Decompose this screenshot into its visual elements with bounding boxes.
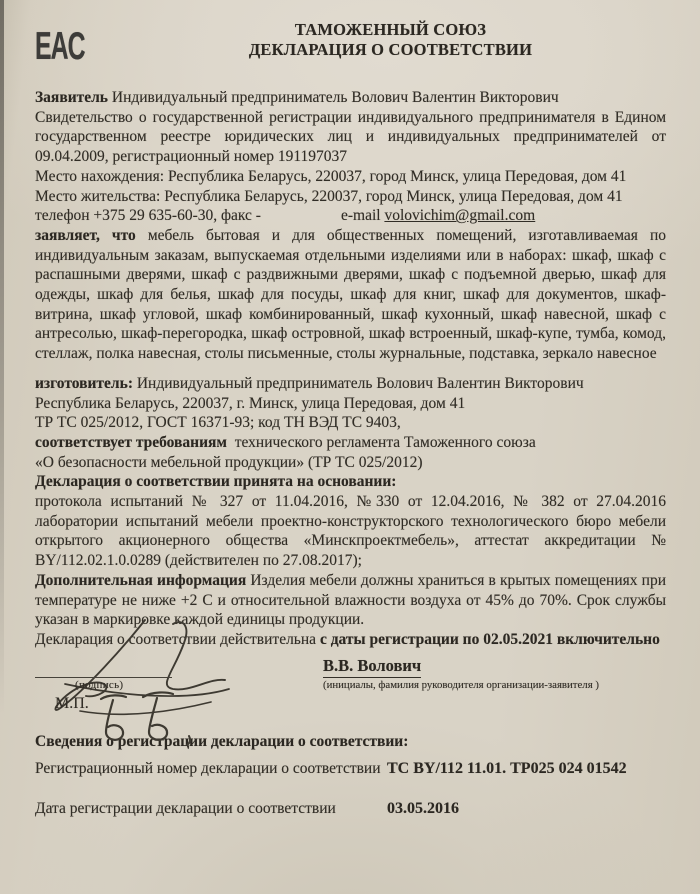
registration-date-value: 03.05.2016 bbox=[387, 799, 459, 819]
compliance-line: соответствует требованиям технического р… bbox=[35, 433, 666, 453]
stamp-place-label: М.П. bbox=[55, 695, 89, 713]
compliance-label: соответствует требованиям bbox=[35, 434, 227, 451]
applicant-line: Заявитель Индивидуальный предприниматель… bbox=[35, 88, 666, 108]
section-gap bbox=[35, 364, 666, 374]
document-title: ТАМОЖЕННЫЙ СОЮЗ ДЕКЛАРАЦИЯ О СООТВЕТСТВИ… bbox=[75, 20, 700, 60]
title-line-1: ТАМОЖЕННЫЙ СОЮЗ bbox=[75, 20, 700, 40]
manufacturer-address: Республика Беларусь, 220037, г. Минск, у… bbox=[35, 394, 666, 414]
applicant-location: Место нахождения: Республика Беларусь, 2… bbox=[35, 167, 666, 187]
applicant-residence: Место жительства: Республика Беларусь, 2… bbox=[35, 187, 666, 207]
registration-number-value: ТС BY/112 11.01. ТР025 024 01542 bbox=[387, 759, 627, 779]
declaration-products-text: мебель бытовая и для общественных помеще… bbox=[35, 227, 666, 362]
document-page: EAC ТАМОЖЕННЫЙ СОЮЗ ДЕКЛАРАЦИЯ О СООТВЕТ… bbox=[0, 0, 700, 894]
basis-paragraph: протокола испытаний № 327 от 11.04.2016,… bbox=[35, 492, 666, 571]
applicant-phone-fax: телефон +375 29 635-60-30, факс - bbox=[35, 207, 261, 224]
applicant-contacts: телефон +375 29 635-60-30, факс -e-mail … bbox=[35, 206, 666, 226]
declaration-paragraph: заявляет, что мебель бытовая и для общес… bbox=[35, 226, 666, 364]
standards-line: ТР ТС 025/2012, ГОСТ 16371-93; код ТН ВЭ… bbox=[35, 413, 666, 433]
applicant-label: Заявитель bbox=[35, 89, 108, 106]
compliance-text: технического регламента Таможенного союз… bbox=[235, 434, 536, 451]
document-content: EAC ТАМОЖЕННЫЙ СОЮЗ ДЕКЛАРАЦИЯ О СООТВЕТ… bbox=[0, 0, 700, 819]
additional-info-label: Дополнительная информация bbox=[35, 572, 246, 589]
applicant-name: Индивидуальный предприниматель Волович В… bbox=[112, 89, 559, 106]
signature-line bbox=[35, 677, 172, 678]
head-initials-name: В.В. Волович bbox=[323, 656, 421, 678]
manufacturer-label: изготовитель: bbox=[35, 375, 133, 392]
declares-label: заявляет, что bbox=[35, 227, 136, 244]
title-line-2: ДЕКЛАРАЦИЯ О СООТВЕТСТВИИ bbox=[75, 40, 700, 60]
manufacturer-line: изготовитель: Индивидуальный предпринима… bbox=[35, 374, 666, 394]
document-header: EAC ТАМОЖЕННЫЙ СОЮЗ ДЕКЛАРАЦИЯ О СООТВЕТ… bbox=[35, 20, 666, 62]
email-label: e-mail bbox=[341, 207, 381, 224]
email-address: volovichim@gmail.com bbox=[384, 207, 535, 224]
signature-block: (подпись) М.П. В.В. Волович (инициалы, ф… bbox=[35, 652, 666, 732]
registration-number-label: Регистрационный номер декларации о соотв… bbox=[35, 759, 387, 779]
regulation-line: «О безопасности мебельной продукции» (ТР… bbox=[35, 453, 666, 473]
stamp-scribble bbox=[93, 688, 213, 746]
manufacturer-name: Индивидуальный предприниматель Волович В… bbox=[137, 375, 584, 392]
basis-label: Декларация о соответствии принята на осн… bbox=[35, 473, 396, 490]
basis-heading: Декларация о соответствии принята на осн… bbox=[35, 472, 666, 492]
registration-date-label: Дата регистрации декларации о соответств… bbox=[35, 799, 387, 819]
validity-dates: с даты регистрации по 02.05.2021 включит… bbox=[320, 631, 660, 648]
registration-number-row: Регистрационный номер декларации о соотв… bbox=[35, 759, 666, 779]
registration-date-row: Дата регистрации декларации о соответств… bbox=[35, 799, 666, 819]
applicant-certificate: Свидетельство о государственной регистра… bbox=[35, 108, 666, 167]
head-name-caption: (инициалы, фамилия руководителя организа… bbox=[323, 679, 599, 691]
